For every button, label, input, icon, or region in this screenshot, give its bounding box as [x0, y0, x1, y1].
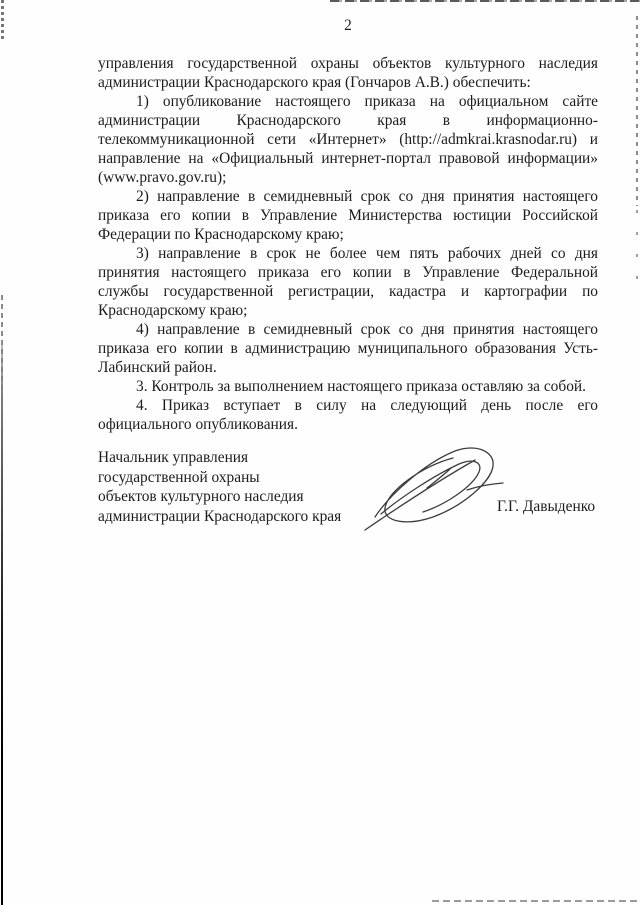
signature-scribble-icon [355, 438, 507, 533]
handwritten-signature [355, 438, 507, 533]
body-paragraph-point-3: 3. Контроль за выполнением настоящего пр… [98, 377, 598, 396]
scan-artifact-bottom-edge [432, 900, 638, 902]
signatory-title-block: Начальник управления государственной охр… [98, 448, 398, 526]
body-paragraph: управления государственной охраны объект… [98, 54, 598, 92]
page-number: 2 [98, 17, 598, 35]
scan-artifact-top-edge [330, 0, 640, 2]
signatory-title-line: Начальник управления [98, 448, 398, 468]
body-paragraph-point-4: 4. Приказ вступает в силу на следующий д… [98, 396, 598, 434]
signatory-title-line: государственной охраны [98, 468, 398, 488]
body-paragraph-item-1: 1) опубликование настоящего приказа на о… [98, 92, 598, 187]
signatory-title-line: администрации Краснодарского края [98, 507, 398, 527]
scan-artifact-left-edge-dots [1, 0, 4, 42]
document-body: управления государственной охраны объект… [98, 54, 598, 434]
scan-artifact-right-edge-sparse [636, 210, 638, 295]
signatory-title-line: объектов культурного наследия [98, 487, 398, 507]
signatory-name: Г.Г. Давыденко [497, 498, 595, 516]
body-paragraph-item-4: 4) направление в семидневный срок со дня… [98, 320, 598, 377]
scan-artifact-right-edge [636, 16, 638, 206]
body-paragraph-item-2: 2) направление в семидневный срок со дня… [98, 187, 598, 244]
scan-artifact-left-edge-line [1, 345, 3, 905]
scanned-document-page: 2 управления государственной охраны объе… [0, 0, 640, 905]
body-paragraph-item-3: 3) направление в срок не более чем пять … [98, 244, 598, 320]
